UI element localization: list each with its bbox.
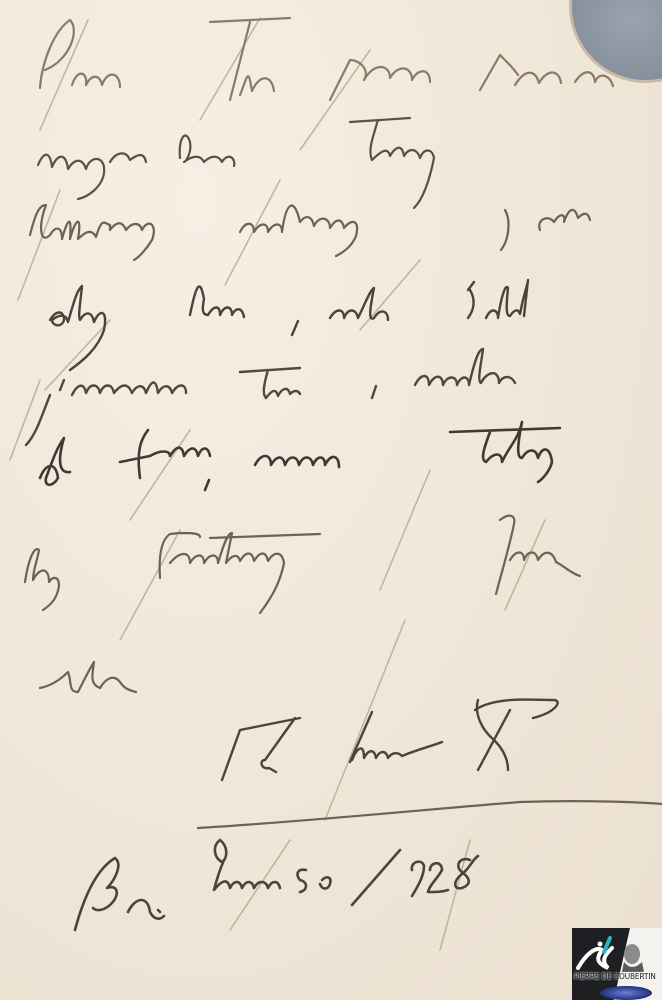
text-line-4: pueda leer, acaso útil xyxy=(40,280,560,326)
logo-label: PIERRE DE COUBERTIN xyxy=(574,972,656,981)
transcription-layer: Para Tita para que en luego de leer tant… xyxy=(0,0,662,1000)
coubertin-watermark-logo: PIERRE DE COUBERTIN xyxy=(572,928,662,1000)
text-line-1: Para Tita para que en xyxy=(30,40,553,86)
text-line-5: é instructivo, novela xyxy=(30,355,527,401)
signature: H. Yrigoyen xyxy=(230,730,514,776)
date-line: B.A. Enero 5/928 xyxy=(80,855,490,901)
text-line-3: folletines ramplones y cursis xyxy=(30,200,662,246)
text-line-2: luego de leer tantos xyxy=(30,125,515,171)
text-line-6: al fin, como todas xyxy=(30,440,462,486)
text-line-7: las fantasías que xyxy=(25,540,433,586)
logo-blue-ellipse xyxy=(600,986,652,1000)
handwritten-page: Para Tita para que en luego de leer tant… xyxy=(0,0,662,1000)
text-line-8: lee xyxy=(40,650,112,696)
